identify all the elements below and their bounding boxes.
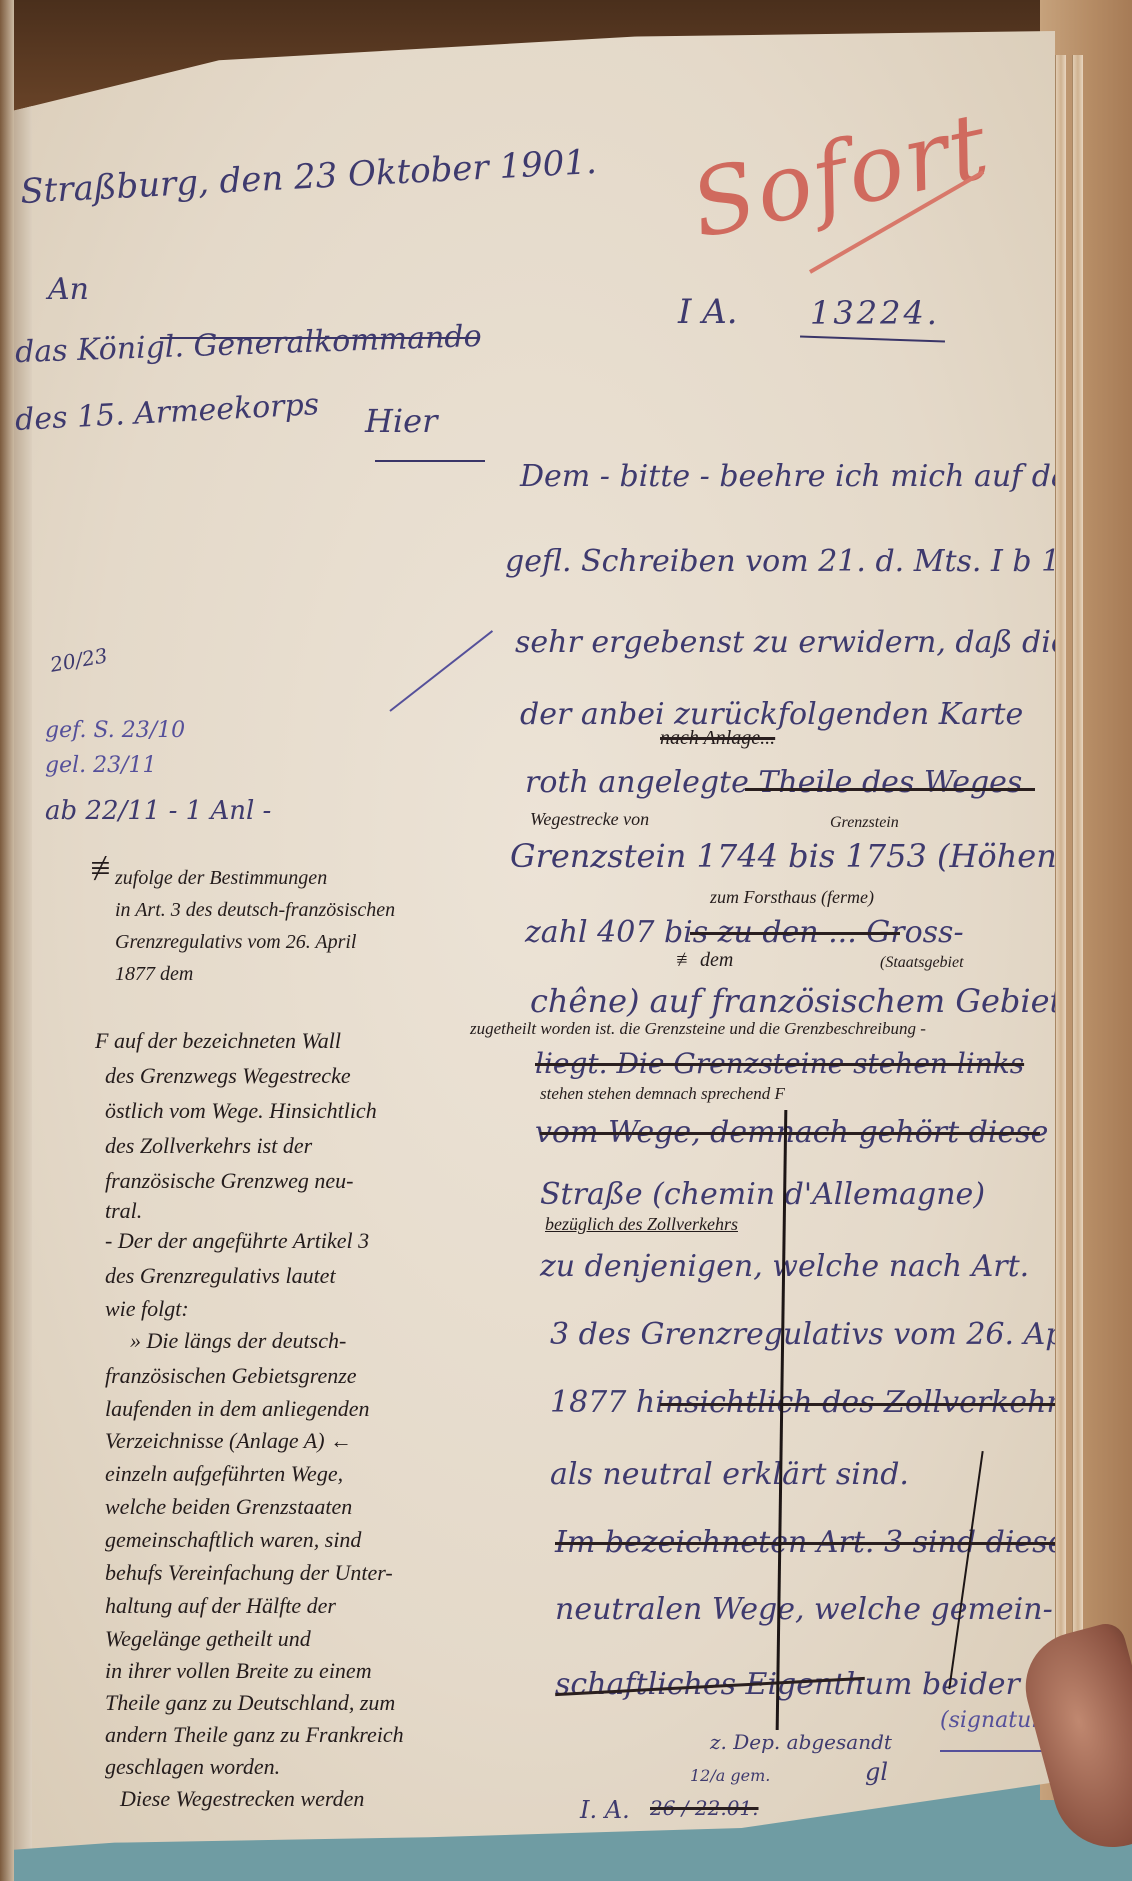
footer-reference-struck: 26 / 22.01. <box>650 1798 759 1818</box>
main-line-insert: zugetheilt worden ist. die Grenzsteine u… <box>470 1020 926 1037</box>
left-line: Diese Wegestrecken werden <box>120 1788 364 1810</box>
left-line: Theile ganz zu Deutschland, zum <box>105 1692 395 1714</box>
margin-fraction: 20/23 <box>49 645 109 675</box>
footer-initials: gl <box>865 1760 888 1784</box>
addressee-line2: das Königl. Generalkommando <box>15 322 482 368</box>
left-line: östlich vom Wege. Hinsichtlich <box>105 1100 377 1122</box>
left-line: andern Theile ganz zu Frankreich <box>105 1724 404 1746</box>
main-line: Dem - bitte - beehre ich mich auf das <box>520 462 1084 492</box>
left-line: behufs Vereinfachung der Unter- <box>105 1562 393 1584</box>
addressee-line4: Hier <box>365 405 437 437</box>
strike-line <box>745 788 1035 791</box>
left-line: » Die längs der deutsch- <box>130 1330 346 1352</box>
addressee-line1: An <box>48 275 89 305</box>
main-line-insert: Wegestrecke von <box>530 810 649 828</box>
insert-text-line: in Art. 3 des deutsch-französischen <box>115 900 395 920</box>
main-line: sehr ergebenst zu erwidern, daß die im <box>515 628 1116 658</box>
urgent-stamp: Sofort <box>684 100 997 253</box>
left-line: gemeinschaftlich waren, sind <box>105 1529 361 1551</box>
left-line: haltung auf der Hälfte der <box>105 1595 336 1617</box>
main-line-struck: Im bezeichneten Art. 3 sind diese <box>555 1528 1065 1558</box>
left-line: welche beiden Grenzstaaten <box>105 1496 352 1518</box>
margin-note-3: ab 22/11 - 1 Anl - <box>45 798 271 824</box>
main-line-insert: zum Forsthaus (ferme) <box>710 888 874 906</box>
insert-mark-icon: ≢ dem <box>675 950 733 970</box>
left-line: Wegelänge getheilt und <box>105 1628 311 1650</box>
left-line: französische Grenzweg neu- <box>105 1170 354 1192</box>
main-line: chêne) auf französischem Gebiet <box>530 985 1062 1017</box>
reference-number: 13224. <box>810 297 940 329</box>
left-line: laufenden in dem anliegenden <box>105 1398 370 1420</box>
deletion-bracket-line <box>948 1451 983 1689</box>
left-line: in ihrer vollen Breite zu einem <box>105 1660 372 1682</box>
main-line: roth angelegte Theile des Weges <box>525 768 1022 798</box>
left-line: einzeln aufgeführten Wege, <box>105 1463 343 1485</box>
strike-line <box>690 932 900 935</box>
hier-underline <box>375 460 485 462</box>
left-line: wie folgt: <box>105 1298 189 1320</box>
main-line: Straße (chemin d'Allemagne) <box>540 1180 985 1210</box>
footer-note-2: 12/a gem. <box>690 1768 770 1784</box>
signature-underline <box>940 1750 1050 1752</box>
main-line: der anbei zurückfolgenden Karte <box>520 700 1023 730</box>
left-line: tral. <box>105 1200 142 1222</box>
document-page: Straßburg, den 23 Oktober 1901. Sofort I… <box>10 20 1055 1850</box>
main-line: neutralen Wege, welche gemein- <box>555 1595 1053 1625</box>
insert-text-line: Grenzregulativs vom 26. April <box>115 932 356 952</box>
main-line-insert: Grenzstein <box>830 815 899 831</box>
strike-line <box>660 1403 1070 1406</box>
reference-prefix: I A. <box>678 295 738 329</box>
left-line: Verzeichnisse (Anlage A) ← <box>105 1430 352 1452</box>
margin-note-2: gel. 23/11 <box>45 755 157 777</box>
left-line: F auf der bezeichneten Wall <box>95 1030 341 1052</box>
addressee-line3: des 15. Armeekorps <box>14 390 319 436</box>
reference-underline <box>800 335 945 342</box>
insert-text-line: 1877 dem <box>115 964 193 984</box>
main-line: als neutral erklärt sind. <box>550 1460 909 1490</box>
main-line-insert: stehen stehen demnach sprechend F <box>540 1085 785 1102</box>
left-line: geschlagen worden. <box>105 1756 280 1778</box>
footer-reference: I. A. <box>580 1798 630 1822</box>
main-line: Grenzstein 1744 bis 1753 (Höhen- <box>510 840 1068 872</box>
addressee-underline <box>160 337 480 339</box>
left-line: des Grenzwegs Wegestrecke <box>105 1065 351 1087</box>
left-line: - Der der angeführte Artikel 3 <box>105 1230 369 1252</box>
main-line-struck: liegt. Die Grenzsteine stehen links <box>535 1050 1024 1078</box>
main-line-insert: bezüglich des Zollverkehrs <box>545 1215 738 1233</box>
strike-line <box>540 1132 1040 1135</box>
pointer-stroke <box>389 630 493 712</box>
binder-page-stack <box>1055 55 1066 1755</box>
main-line-insert: (Staatsgebiet <box>880 955 964 971</box>
footer-note-1: z. Dep. abgesandt <box>710 1732 892 1752</box>
left-line: des Grenzregulativs lautet <box>105 1265 336 1287</box>
place-date: Straßburg, den 23 Oktober 1901. <box>20 145 598 209</box>
left-line: französischen Gebietsgrenze <box>105 1365 357 1387</box>
binder-page-stack <box>1072 55 1083 1755</box>
insert-text-line: zufolge der Bestimmungen <box>115 868 327 888</box>
left-line: des Zollverkehrs ist der <box>105 1135 312 1157</box>
main-line: 3 des Grenzregulativs vom 26. April <box>550 1320 1098 1350</box>
margin-note-1: gef. S. 23/10 <box>45 720 185 742</box>
main-line: gefl. Schreiben vom 21. d. Mts. I b 1484… <box>505 547 1132 577</box>
main-line-struck: nach Anlage... <box>660 728 775 748</box>
page-left-edge <box>0 0 14 1881</box>
